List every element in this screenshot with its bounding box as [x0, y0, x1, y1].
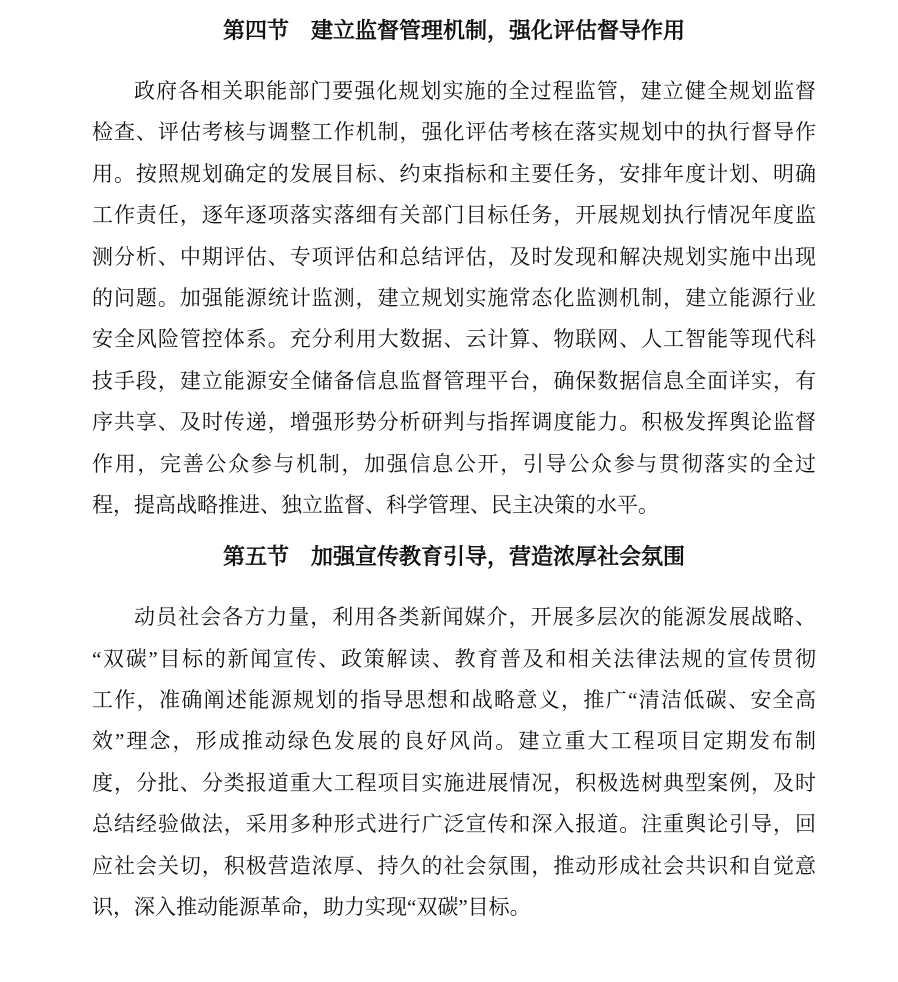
- text-line: 总结经验做法，采用多种形式进行广泛宣传和深入报道。注重舆论引导，回: [92, 804, 816, 845]
- text-line: “双碳”目标的新闻宣传、政策解读、教育普及和相关法律法规的宣传贯彻: [92, 639, 816, 680]
- text-line: 技手段，建立能源安全储备信息监督管理平台，确保数据信息全面详实，有: [92, 361, 816, 402]
- section-5-paragraph: 动员社会各方力量，利用各类新闻媒介，开展多层次的能源发展战略、“双碳”目标的新闻…: [92, 597, 816, 928]
- text-line: 序共享、及时传递，增强形势分析研判与指挥调度能力。积极发挥舆论监督: [92, 402, 816, 443]
- section-4-paragraph: 政府各相关职能部门要强化规划实施的全过程监管，建立健全规划监督检查、评估考核与调…: [92, 71, 816, 526]
- text-line: 安全风险管控体系。充分利用大数据、云计算、物联网、人工智能等现代科: [92, 319, 816, 360]
- text-line: 动员社会各方力量，利用各类新闻媒介，开展多层次的能源发展战略、: [92, 597, 816, 638]
- section-heading-5: 第五节 加强宣传教育引导，营造浓厚社会氛围: [92, 543, 816, 570]
- text-line: 测分析、中期评估、专项评估和总结评估，及时发现和解决规划实施中出现: [92, 237, 816, 278]
- text-line: 检查、评估考核与调整工作机制，强化评估考核在落实规划中的执行督导作: [92, 112, 816, 153]
- text-line: 工作，准确阐述能源规划的指导思想和战略意义，推广“清洁低碳、安全高: [92, 680, 816, 721]
- text-line: 作用，完善公众参与机制，加强信息公开，引导公众参与贯彻落实的全过: [92, 444, 816, 485]
- section-heading-4: 第四节 建立监督管理机制，强化评估督导作用: [92, 17, 816, 44]
- text-line: 效”理念，形成推动绿色发展的良好风尚。建立重大工程项目定期发布制: [92, 721, 816, 762]
- text-line: 程，提高战略推进、独立监督、科学管理、民主决策的水平。: [92, 485, 816, 526]
- text-line: 用。按照规划确定的发展目标、约束指标和主要任务，安排年度计划、明确: [92, 154, 816, 195]
- text-line: 度，分批、分类报道重大工程项目实施进展情况，积极选树典型案例，及时: [92, 763, 816, 804]
- text-line: 应社会关切，积极营造浓厚、持久的社会氛围，推动形成社会共识和自觉意: [92, 846, 816, 887]
- text-line: 的问题。加强能源统计监测，建立规划实施常态化监测机制，建立能源行业: [92, 278, 816, 319]
- document-page: 第四节 建立监督管理机制，强化评估督导作用 政府各相关职能部门要强化规划实施的全…: [0, 0, 898, 982]
- text-line: 政府各相关职能部门要强化规划实施的全过程监管，建立健全规划监督: [92, 71, 816, 112]
- text-line: 工作责任，逐年逐项落实落细有关部门目标任务，开展规划执行情况年度监: [92, 195, 816, 236]
- text-line: 识，深入推动能源革命，助力实现“双碳”目标。: [92, 887, 816, 928]
